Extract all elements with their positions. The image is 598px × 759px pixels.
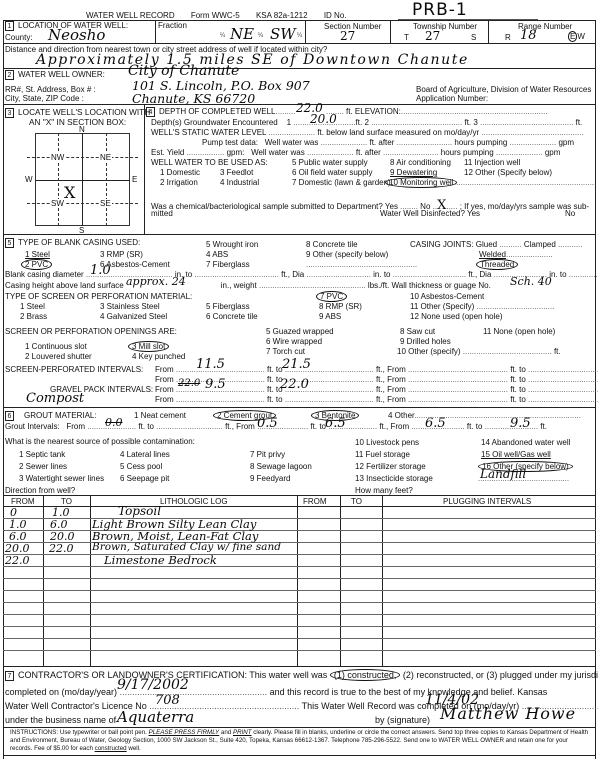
threaded-option-selected[interactable]: Threaded	[476, 259, 518, 270]
section-number: 5	[5, 238, 14, 248]
openings-label: SCREEN OR PERFORATION OPENINGS ARE:	[5, 327, 177, 336]
perf-to-field[interactable]: 21.5	[282, 357, 311, 372]
grout-from-1-struck[interactable]: 0.0	[105, 416, 123, 429]
grout-to-2[interactable]: 6.5	[325, 416, 346, 431]
range-r: R	[505, 33, 511, 42]
opening-option-2[interactable]: 2 Louvered shutter	[25, 352, 92, 361]
casing-option-5[interactable]: 5 Wrought iron	[206, 240, 258, 249]
opening-option-3-selected[interactable]: 3 Mill slot	[128, 341, 169, 352]
application-label: Application Number:	[416, 94, 488, 103]
contam-option-14[interactable]: 14 Abandoned water well	[481, 438, 570, 447]
contam-option-10[interactable]: 10 Livestock pens	[355, 438, 419, 447]
use-option-1[interactable]: 1 Domestic	[160, 168, 200, 177]
constructed-option-selected[interactable]: (1) constructed,	[330, 669, 401, 681]
screen-option-9[interactable]: 9 ABS	[319, 312, 341, 321]
grout-from-2[interactable]: 0.5	[257, 416, 278, 431]
id-label: ID No.	[324, 11, 347, 20]
nw-label: NW	[50, 153, 65, 162]
casing-option-7[interactable]: 7 Fiberglass	[206, 260, 250, 269]
grout-from-3[interactable]: 6.5	[425, 416, 446, 431]
col-header-from: FROM	[11, 497, 35, 506]
screen-option-12[interactable]: 12 None used (open hole)	[410, 312, 503, 321]
well-location-mark: X	[64, 183, 75, 202]
address-label: RR#, St. Address, Box # :	[5, 85, 96, 94]
casing-option-2-selected[interactable]: 2 PVC	[21, 259, 52, 270]
contam-option-8[interactable]: 8 Sewage lagoon	[250, 462, 312, 471]
screen-option-6[interactable]: 6 Concrete tile	[206, 312, 258, 321]
contam-option-9[interactable]: 9 Feedyard	[250, 474, 290, 483]
owner-field[interactable]: City of Chanute	[128, 63, 239, 79]
log-row-1-desc[interactable]: Topsoil	[118, 504, 161, 518]
instructions-text: INSTRUCTIONS: Use typewriter or ball poi…	[10, 729, 590, 753]
section-number: 3	[5, 108, 14, 118]
casing-option-3[interactable]: 3 RMP (SR)	[100, 250, 143, 259]
opening-option-8[interactable]: 8 Saw cut	[400, 327, 435, 336]
use-option-6[interactable]: 6 Oil field water supply	[292, 168, 372, 177]
use-option-9[interactable]: 9 Dewatering	[390, 168, 437, 177]
screen-option-10[interactable]: 10 Asbestos-Cement	[410, 292, 484, 301]
grout-option-1[interactable]: 1 Neat cement	[134, 411, 186, 420]
fraction-field-2[interactable]: SW	[270, 25, 296, 43]
range-field[interactable]: 18	[520, 28, 537, 43]
sample-question: Was a chemical/bacteriological sample su…	[151, 198, 589, 213]
contam-option-7[interactable]: 7 Pit privy	[250, 450, 285, 459]
licence-field[interactable]: 708	[155, 693, 180, 708]
form-number: Form WWC-5	[191, 11, 240, 20]
section-number: 1	[5, 21, 14, 31]
distance-field[interactable]: Approximately 1.5 miles SE of Downtown C…	[36, 52, 469, 68]
use-option-2[interactable]: 2 Irrigation	[160, 178, 198, 187]
col-header-to: TO	[61, 497, 72, 506]
board-label: Board of Agriculture, Division of Water …	[416, 85, 591, 94]
opening-option-9[interactable]: 9 Drilled holes	[400, 337, 451, 346]
contam-option-15[interactable]: 15 Oil well/Gas well	[481, 450, 551, 459]
disinfected-label[interactable]: Water Well Disinfected? Yes	[380, 209, 480, 218]
screen-option-5[interactable]: 5 Fiberglass	[206, 302, 250, 311]
section4-depth: 4DEPTH OF COMPLETED WELL.........	[146, 107, 295, 117]
height-row: Casing height above land surfacein., wei…	[5, 281, 491, 290]
township-t: T	[404, 33, 409, 42]
perforated-intervals-label: SCREEN-PERFORATED INTERVALS:	[5, 365, 143, 374]
fraction-label: Fraction	[158, 21, 187, 30]
groundwater-row: Depth(s) Groundwater Encountered 1 .....…	[151, 118, 582, 127]
section-number-field[interactable]: 27	[340, 29, 355, 43]
use-option-10-selected[interactable]: 10 Monitoring well	[385, 177, 457, 188]
county-label: County:	[5, 33, 33, 42]
signature-label: by (signature)	[375, 715, 430, 725]
section3-label-2: AN "X" IN SECTION BOX:	[29, 117, 126, 127]
fraction-q1: ¼	[220, 33, 225, 39]
id-value[interactable]: PRB-1	[412, 0, 468, 20]
static-level-row: WELL'S STATIC WATER LEVEL ..............…	[151, 128, 584, 137]
direction-label: Direction from well?	[5, 486, 75, 495]
form-title: WATER WELL RECORD Form WWC-5 KSA 82a-121…	[86, 11, 346, 20]
range-ew[interactable]: EW	[568, 32, 585, 41]
use-option-8[interactable]: 8 Air conditioning	[390, 158, 451, 167]
fraction-q2: ¼	[258, 33, 263, 39]
section-number: 7	[5, 671, 14, 681]
contamination-label: What is the nearest source of possible c…	[5, 437, 195, 446]
opening-option-11[interactable]: 11 None (open hole)	[483, 327, 555, 336]
sw-label: SW	[50, 199, 65, 208]
screen-option-4[interactable]: 4 Galvanized Steel	[100, 312, 167, 321]
casing-option-8[interactable]: 8 Concrete tile	[306, 240, 358, 249]
title-text: WATER WELL RECORD	[86, 11, 175, 20]
welded-option[interactable]: Welded.....................	[479, 250, 553, 259]
grout-option-4[interactable]: 4 Other.................................…	[388, 411, 581, 420]
certification-row: 7CONTRACTOR'S OR LANDOWNER'S CERTIFICATI…	[5, 670, 598, 681]
completed-date-field[interactable]: 9/17/2002	[117, 677, 189, 693]
compost-note[interactable]: Compost	[26, 391, 84, 406]
screen-option-2[interactable]: 2 Brass	[20, 312, 47, 321]
opening-option-1[interactable]: 1 Continuous slot	[25, 342, 87, 351]
se-label: SE	[99, 199, 112, 208]
opening-option-6[interactable]: 6 Wire wrapped	[266, 337, 322, 346]
township-field[interactable]: 27	[425, 29, 440, 43]
disinfected-no[interactable]: No	[565, 209, 575, 218]
use-option-4[interactable]: 4 Industrial	[220, 178, 259, 187]
col-header-to-2: TO	[351, 497, 362, 506]
how-many-feet-label: How many feet?	[355, 486, 413, 495]
contam-option-12[interactable]: 12 Fertilizer storage	[355, 462, 426, 471]
opening-option-5[interactable]: 5 Guazed wrapped	[266, 327, 334, 336]
use-option-7[interactable]: 7 Domestic (lawn & garden)	[292, 178, 391, 187]
log-row-5-desc[interactable]: Limestone Bedrock	[104, 553, 217, 567]
use-option-12[interactable]: 12 Other (Specify below)	[464, 168, 552, 177]
fraction-q3: ¼	[297, 33, 302, 39]
county-field[interactable]: Neosho	[48, 26, 105, 44]
log-row-4-to[interactable]: 22.0	[49, 542, 74, 555]
height-field[interactable]: approx. 24	[126, 275, 186, 288]
contam-option-3[interactable]: 3 Watertight sewer lines	[19, 474, 104, 483]
groundwater-field-1[interactable]: 20.0	[310, 112, 337, 126]
use-label: WELL WATER TO BE USED AS:	[151, 158, 268, 167]
fraction-field-1[interactable]: NE	[230, 25, 254, 43]
gauge-field[interactable]: Sch. 40	[510, 275, 552, 288]
township-s: S	[471, 33, 476, 42]
contam-option-13[interactable]: 13 Insecticide storage	[355, 474, 433, 483]
screen-option-8[interactable]: 8 RMP (SR)	[319, 302, 362, 311]
ne-label: NE	[99, 153, 112, 162]
signature-field[interactable]: Matthew Howe	[440, 704, 576, 723]
contam-option-2[interactable]: 2 Sewer lines	[19, 462, 67, 471]
contam-option-4[interactable]: 4 Lateral lines	[120, 450, 170, 459]
east-label: E	[132, 175, 137, 184]
casing-option-6[interactable]: 4 ABS	[206, 250, 228, 259]
submitted-label: mitted	[151, 209, 173, 218]
gravel-from-field[interactable]: 9.5	[205, 377, 226, 392]
section-number: 4	[146, 107, 155, 117]
col-header-lithologic: LITHOLOGIC LOG	[160, 497, 228, 506]
use-option-5[interactable]: 5 Public water supply	[292, 158, 368, 167]
screen-option-3[interactable]: 3 Stainless Steel	[100, 302, 160, 311]
section6-label: 6GROUT MATERIAL:	[5, 411, 97, 421]
section-number: 2	[5, 70, 14, 80]
section5-label: 5TYPE OF BLANK CASING USED:	[5, 238, 140, 248]
grout-to-3[interactable]: 9.5	[510, 416, 531, 431]
opening-option-7[interactable]: 7 Torch cut	[266, 347, 305, 356]
opening-option-4[interactable]: 4 Key punched	[132, 352, 185, 361]
use-option-11[interactable]: 11 Injection well	[464, 158, 520, 167]
contam-option-6[interactable]: 6 Seepage pit	[120, 474, 169, 483]
screen-option-7-selected[interactable]: 7 PVC	[316, 291, 347, 302]
diameter-field[interactable]: 1.0	[90, 263, 111, 278]
contam-option-5[interactable]: 5 Cess pool	[120, 462, 162, 471]
casing-option-1[interactable]: 1 Steel	[25, 250, 50, 259]
opening-option-10[interactable]: 10 Other (specify) .....................…	[397, 347, 561, 356]
col-header-from-2: FROM	[303, 497, 327, 506]
screen-option-1[interactable]: 1 Steel	[20, 302, 45, 311]
gravel-to-field[interactable]: 22.0	[280, 377, 309, 392]
west-label: W	[25, 175, 33, 184]
perf-from-field[interactable]: 11.5	[196, 357, 225, 372]
gravel-from-struck: 22.0	[178, 378, 200, 389]
casing-joints-label: CASING JOINTS: Glued .......... Clamped …	[410, 240, 583, 249]
elevation-label: ........ ft. ELEVATION:.................…	[326, 107, 548, 116]
log-row-4-desc[interactable]: Brown, Saturated Clay w/ fine sand	[92, 541, 281, 553]
contam-other-field[interactable]: Landfill	[480, 467, 526, 481]
township-label: Township Number	[413, 22, 477, 31]
section-number: 6	[5, 411, 14, 421]
contam-option-1[interactable]: 1 Septic tank	[19, 450, 65, 459]
pump-test-row: Pump test data: Well water was .........…	[202, 138, 574, 147]
city-label: City, State, ZIP Code :	[5, 94, 84, 103]
screen-option-11[interactable]: 11 Other (Specify) .....................…	[410, 302, 554, 311]
log-row-5-from[interactable]: 22.0	[5, 554, 30, 567]
contam-option-11[interactable]: 11 Fuel storage	[355, 450, 410, 459]
ksa-number: KSA 82a-1212	[256, 11, 308, 20]
yield-row: Est. Yield ................. gpm: Well w…	[151, 148, 560, 157]
casing-option-9[interactable]: 9 Other (specify below)	[306, 250, 388, 259]
business-label: under the business name of	[5, 715, 116, 725]
business-field[interactable]: Aquaterra	[117, 708, 194, 726]
screen-material-label: TYPE OF SCREEN OR PERFORATION MATERIAL:	[5, 292, 192, 301]
use-option-3[interactable]: 3 Feedlot	[220, 168, 253, 177]
col-header-plugging: PLUGGING INTERVALS	[443, 497, 531, 506]
section2-label: 2WATER WELL OWNER:	[5, 70, 105, 80]
